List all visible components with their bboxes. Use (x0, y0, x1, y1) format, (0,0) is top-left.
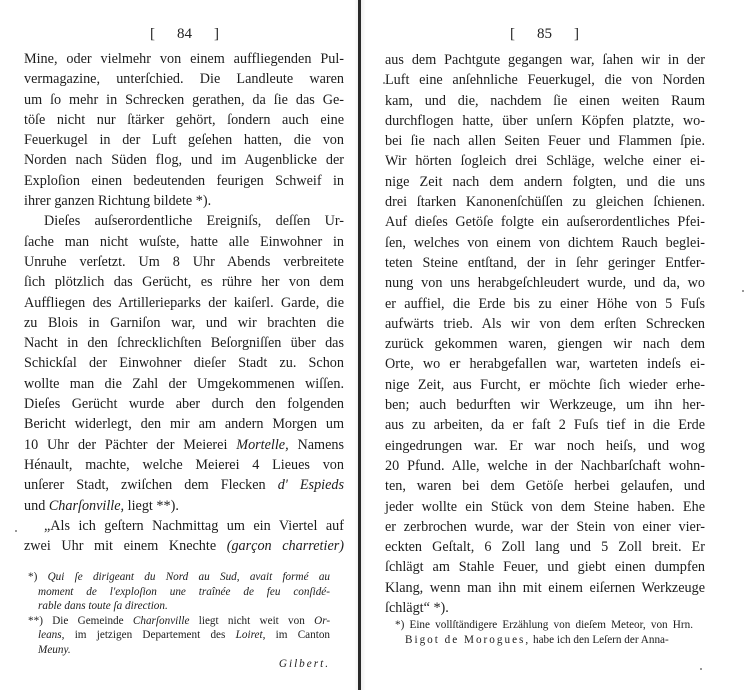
text-line: er zerbrochen wurde, war der Stein von e… (385, 517, 705, 537)
text-line: 10 Uhr der Pächter der Meierei Mortelle,… (24, 435, 344, 455)
left-page-footnotes: *) Qui ſe dirigeant du Nord au Sud, avai… (28, 570, 330, 672)
text-line: zwei Uhr mit einem Knechte (garçon charr… (24, 536, 344, 556)
scan-speck (742, 290, 744, 292)
spaced-author-name: Bigot de Morogues, (405, 634, 530, 646)
text-line: Wir hörten ſogleich drei Schläge, welche… (385, 151, 705, 171)
italic-place-name: Charſonville, (49, 498, 124, 514)
text-line: Klang, wenn man ihn mit einem eiſernen W… (385, 578, 705, 598)
text-line: aus dem Pachtgute gegangen war, ſahen wi… (385, 50, 705, 70)
footnote-line: rable dans toute ſa direction. (28, 599, 330, 614)
text-line: wollte man die Zahl der Umgekommenen wiſ… (24, 374, 344, 394)
text-line: teten Steine entſtand, der in ſehr gerin… (385, 253, 705, 273)
footnote-line: **) Die Gemeinde Charſonville liegt nich… (28, 614, 330, 629)
text-line: töſe nicht nur ſtärker gehört, ſondern a… (24, 110, 344, 130)
text-line: Auf dieſes Getöſe folgte ein auſserorden… (385, 212, 705, 232)
text-line: ſen, welches von einem von dichtem Rauch… (385, 233, 705, 253)
text-line: drei ſtarken Kanonenſchüſſen zu gleichen… (385, 192, 705, 212)
text-line: jeder wollte ein Stück von dem Steine ha… (385, 497, 705, 517)
text-line: er auffiel, die Erde bis zu einer Höhe v… (385, 294, 705, 314)
right-page-body: aus dem Pachtgute gegangen war, ſahen wi… (385, 50, 705, 618)
text-line: Bericht widerlegt, den mir am andern Mor… (24, 414, 344, 434)
italic-place-name: d' Espieds (278, 477, 344, 493)
footnote-line: Meuny. (28, 643, 330, 658)
right-page-footnotes: *) Eine vollſtändigere Erzählung von die… (395, 618, 693, 647)
text-line: bei ſie nach allen Seiten Feuer und Flam… (385, 131, 705, 151)
scan-speck (15, 530, 17, 532)
text-line: ihrer ganzen Richtung bildete *). (24, 191, 344, 211)
italic-gloss: (garçon charretier) (227, 538, 344, 554)
scan-speck (383, 82, 385, 84)
text-line: Nacht in den ſchrecklichſten Beſorgniſſe… (24, 333, 344, 353)
text-line: zu Blois in Garniſon war, und wir bracht… (24, 313, 344, 333)
text-line: nung von uns herabgeſchleudert wurde, un… (385, 273, 705, 293)
text-line: ſchlägt“ *). (385, 598, 705, 618)
left-page-body: Mine, oder vielmehr von einem auffliegen… (24, 49, 344, 556)
page-number-left: [84] (150, 26, 219, 43)
page-number-right: [85] (510, 26, 579, 43)
text-line: eckten Geſtalt, 6 Zoll lang und 5 Zoll b… (385, 537, 705, 557)
paragraph-start-line: „Als ich geſtern Nachmittag um ein Viert… (24, 516, 344, 536)
footnote-signature: Gilbert. (28, 657, 330, 672)
text-line: Luft eine anſehnliche Feuerkugel, die vo… (385, 70, 705, 90)
text-line: ſchlägt am Stahle Feuer, und giebt einen… (385, 557, 705, 577)
text-line: Exploſion einen bedeutenden feurigen Sch… (24, 171, 344, 191)
right-page: [85] aus dem Pachtgute gegangen war, ſah… (365, 0, 750, 690)
text-line: und Charſonville, liegt **). (24, 496, 344, 516)
text-line: durchflogen hatte, über unſern Köpfen pl… (385, 111, 705, 131)
text-line: nige Zeit nach dem andern folgten, und d… (385, 172, 705, 192)
left-page: [84] Mine, oder vielmehr von einem auffl… (0, 0, 355, 690)
text-line: unſerer Stadt, zwiſchen dem Flecken d' E… (24, 475, 344, 495)
text-line: vermagazine, unterſchied. Die Landleute … (24, 69, 344, 89)
text-line: Feuerkugel in der Luft geſehen hatten, d… (24, 130, 344, 150)
text-line: zurück gekommen waren, giengen wir nach … (385, 334, 705, 354)
scan-speck (700, 668, 702, 670)
text-line: Unruhe verſetzt. Um 8 Uhr Abends verbrei… (24, 252, 344, 272)
text-line: Dieſes Gerücht wurde aber durch den folg… (24, 394, 344, 414)
text-line: nige Zeit, aus Furcht, er möchte ſich wi… (385, 375, 705, 395)
text-line: Orte, wo er herabgefallen war, warteten … (385, 354, 705, 374)
text-line: Auffliegen des Artillerieparks der kaiſe… (24, 293, 344, 313)
text-line: Norden nach Süden flog, und im Augenblic… (24, 150, 344, 170)
text-line: aufwärts trieb. Als wir von dem erſten S… (385, 314, 705, 334)
text-line: Schickſal der Einwohner dieſer Stadt zu.… (24, 353, 344, 373)
text-line: 20 Pfund. Alle, welche in der Nachbarſch… (385, 456, 705, 476)
footnote-marker: *) (28, 571, 37, 583)
paragraph-start-line: Dieſes auſserordentliche Ereigniſs, deſſ… (24, 211, 344, 231)
italic-place-name: Mortelle, (236, 437, 288, 453)
text-line: kam, und die, nachdem ſie einen weiten R… (385, 91, 705, 111)
footnote-line: *) Eine vollſtändigere Erzählung von die… (395, 618, 693, 633)
footnote-line: leans, im jetzigen Departement des Loire… (28, 628, 330, 643)
footnote-line: *) Qui ſe dirigeant du Nord au Sud, avai… (28, 570, 330, 585)
book-spread: [84] Mine, oder vielmehr von einem auffl… (0, 0, 750, 690)
text-line: ſache man nicht wuſste, hatte alle Einwo… (24, 232, 344, 252)
text-line: Mine, oder vielmehr von einem auffliegen… (24, 49, 344, 69)
text-line: ſich plötzlich das Gerücht, es rühre her… (24, 272, 344, 292)
footnote-line: Bigot de Morogues, habe ich den Leſern d… (395, 633, 693, 648)
footnote-line: moment de l'exploſion une traînée de feu… (28, 585, 330, 600)
text-line: ben; auch bedurften wir Werkzeuge, um ih… (385, 395, 705, 415)
footnote-marker: *) (395, 619, 404, 631)
text-line: ten, waren bei dem Getöſe herbei gelaufe… (385, 476, 705, 496)
text-line: eingedrungen war. Er war noch heiſs, und… (385, 436, 705, 456)
text-line: Hénault, machte, welche Meierei 4 Lieues… (24, 455, 344, 475)
text-line: um ſo mehr in Schrecken gerathen, da ſie… (24, 90, 344, 110)
footnote-marker: **) (28, 615, 43, 627)
text-line: aus zu arbeiten, da er faſt 2 Fuſs tief … (385, 415, 705, 435)
book-gutter-divider (358, 0, 361, 690)
